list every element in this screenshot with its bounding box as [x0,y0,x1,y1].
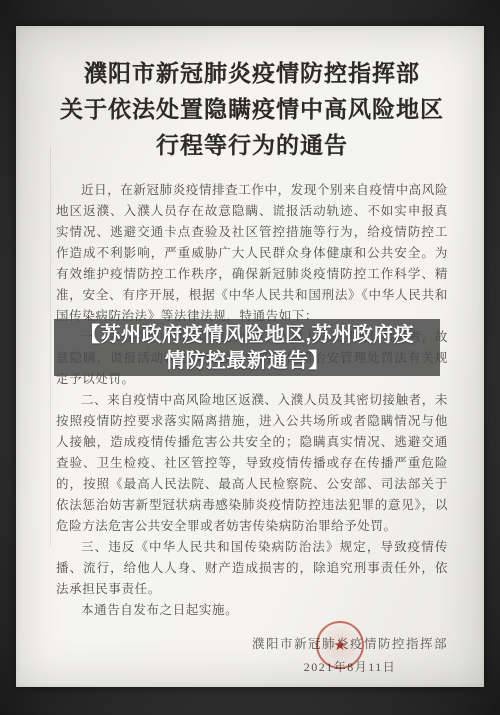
caption-line-2: 情防控最新通告】 [54,348,440,374]
photo-viewer-background: 濮阳市新冠肺炎疫情防控指挥部 关于依法处置隐瞒疫情中高风险地区 行程等行为的通告… [0,0,500,715]
title-line-1: 濮阳市新冠肺炎疫情防控指挥部 [56,56,448,92]
paragraph-item2: 二、来自疫情中高风险地区返濮、入濮人员及其密切接触者，未按照疫情防控要求落实隔离… [56,390,448,537]
seal-star-icon: ★ [333,639,346,654]
official-seal: ★ [316,621,364,669]
signature-block: 濮阳市新冠肺炎疫情防控指挥部 2021年8月11日 [56,633,448,679]
paragraph-item1-wrap: 一、来自疫情中高风险地区返濮、入濮人员及其密切接触者，故意隐瞒、谎报活动轨迹及接… [56,327,448,390]
title-line-3: 行程等行为的通告 [56,128,448,164]
caption-overlay: 【苏州政府疫情风险地区,苏州政府疫 情防控最新通告】 [54,319,440,376]
paragraph-effective: 本通告自发布之日起实施。 [56,600,448,621]
caption-line-1: 【苏州政府疫情风险地区,苏州政府疫 [54,322,440,348]
paragraph-intro: 近日，在新冠肺炎疫情排查工作中，发现个别来自疫情中高风险地区返濮、入濮人员存在故… [56,180,448,327]
notice-photo: 濮阳市新冠肺炎疫情防控指挥部 关于依法处置隐瞒疫情中高风险地区 行程等行为的通告… [16,26,484,687]
title-line-2: 关于依法处置隐瞒疫情中高风险地区 [56,92,448,128]
notice-document: 濮阳市新冠肺炎疫情防控指挥部 关于依法处置隐瞒疫情中高风险地区 行程等行为的通告… [16,26,484,687]
notice-title: 濮阳市新冠肺炎疫情防控指挥部 关于依法处置隐瞒疫情中高风险地区 行程等行为的通告 [56,56,448,164]
paragraph-item3: 三、违反《中华人民共和国传染病防治法》规定，导致疫情传播、流行，给他人人身、财产… [56,537,448,600]
